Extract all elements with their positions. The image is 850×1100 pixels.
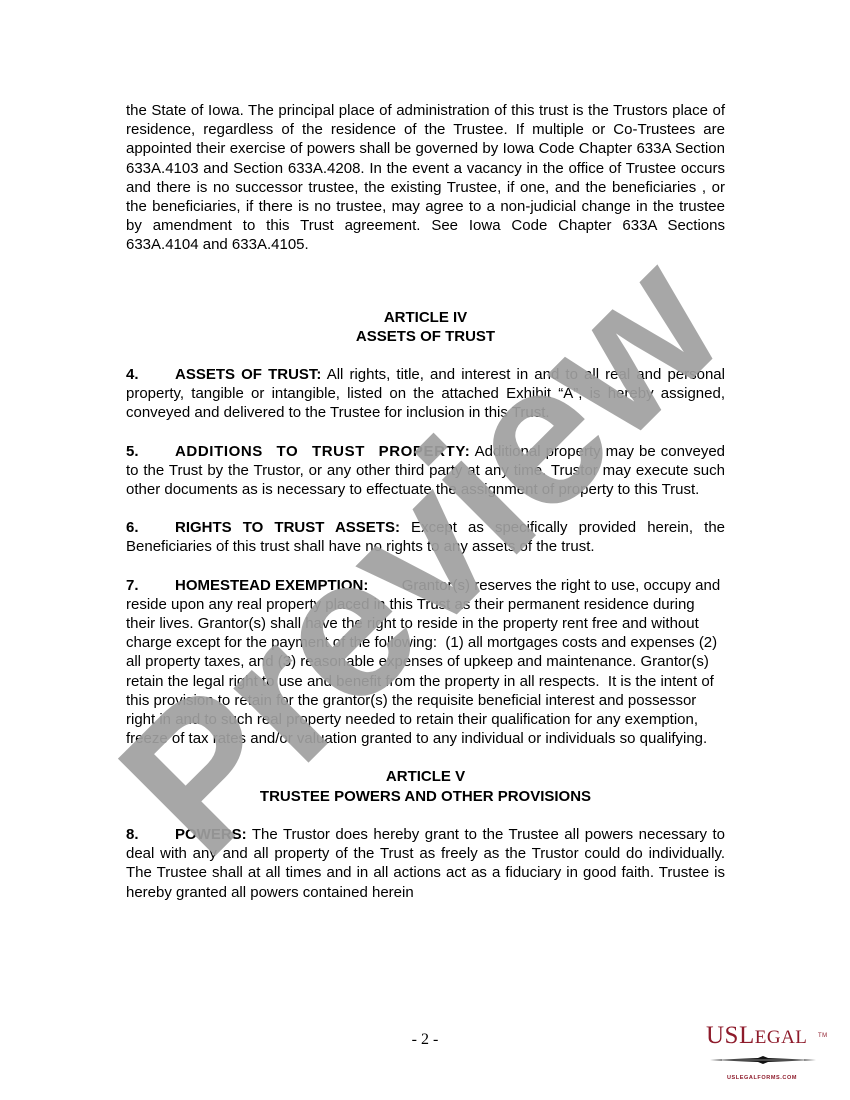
intro-paragraph: the State of Iowa. The principal place o… [126, 101, 725, 255]
section-label: ADDITIONS TO TRUST PROPERTY: [175, 443, 470, 460]
section-5: 5.ADDITIONS TO TRUST PROPERTY: Additiona… [126, 442, 725, 500]
section-8: 8.POWERS: The Trustor does hereby grant … [126, 825, 725, 902]
section-number: 7. [126, 576, 175, 595]
section-number: 4. [126, 365, 175, 384]
article-5-subtitle: TRUSTEE POWERS AND OTHER PROVISIONS [126, 787, 725, 806]
article-5-title: ARTICLE V [126, 767, 725, 786]
section-number: 8. [126, 825, 175, 844]
section-label: POWERS: [175, 826, 247, 843]
eagle-icon [708, 1056, 818, 1064]
document-body: the State of Iowa. The principal place o… [126, 101, 725, 902]
section-7: 7.HOMESTEAD EXEMPTION: Grantor(s) reserv… [126, 576, 725, 749]
logo-wordmark: USLEGALTM [706, 1024, 824, 1050]
section-4: 4.ASSETS OF TRUST: All rights, title, an… [126, 365, 725, 423]
section-number: 5. [126, 442, 175, 461]
logo-url: USLEGALFORMS.COM [706, 1069, 818, 1088]
article-4-title: ARTICLE IV [126, 308, 725, 327]
section-label: HOMESTEAD EXEMPTION: [175, 577, 368, 594]
section-label: RIGHTS TO TRUST ASSETS: [175, 519, 400, 536]
logo-trademark: TM [818, 1024, 828, 1048]
article-4-subtitle: ASSETS OF TRUST [126, 327, 725, 346]
logo-us: US [706, 1022, 739, 1049]
section-label: ASSETS OF TRUST: [175, 366, 321, 383]
section-number: 6. [126, 518, 175, 537]
uslegal-logo[interactable]: USLEGALTM USLEGALFORMS.COM [706, 1024, 824, 1068]
section-6: 6.RIGHTS TO TRUST ASSETS: Except as spec… [126, 518, 725, 556]
logo-l: L [739, 1022, 755, 1049]
logo-egal: EGAL [755, 1027, 808, 1048]
document-page: the State of Iowa. The principal place o… [0, 0, 850, 1100]
section-text: Grantor(s) reserves the right to use, oc… [126, 577, 724, 748]
